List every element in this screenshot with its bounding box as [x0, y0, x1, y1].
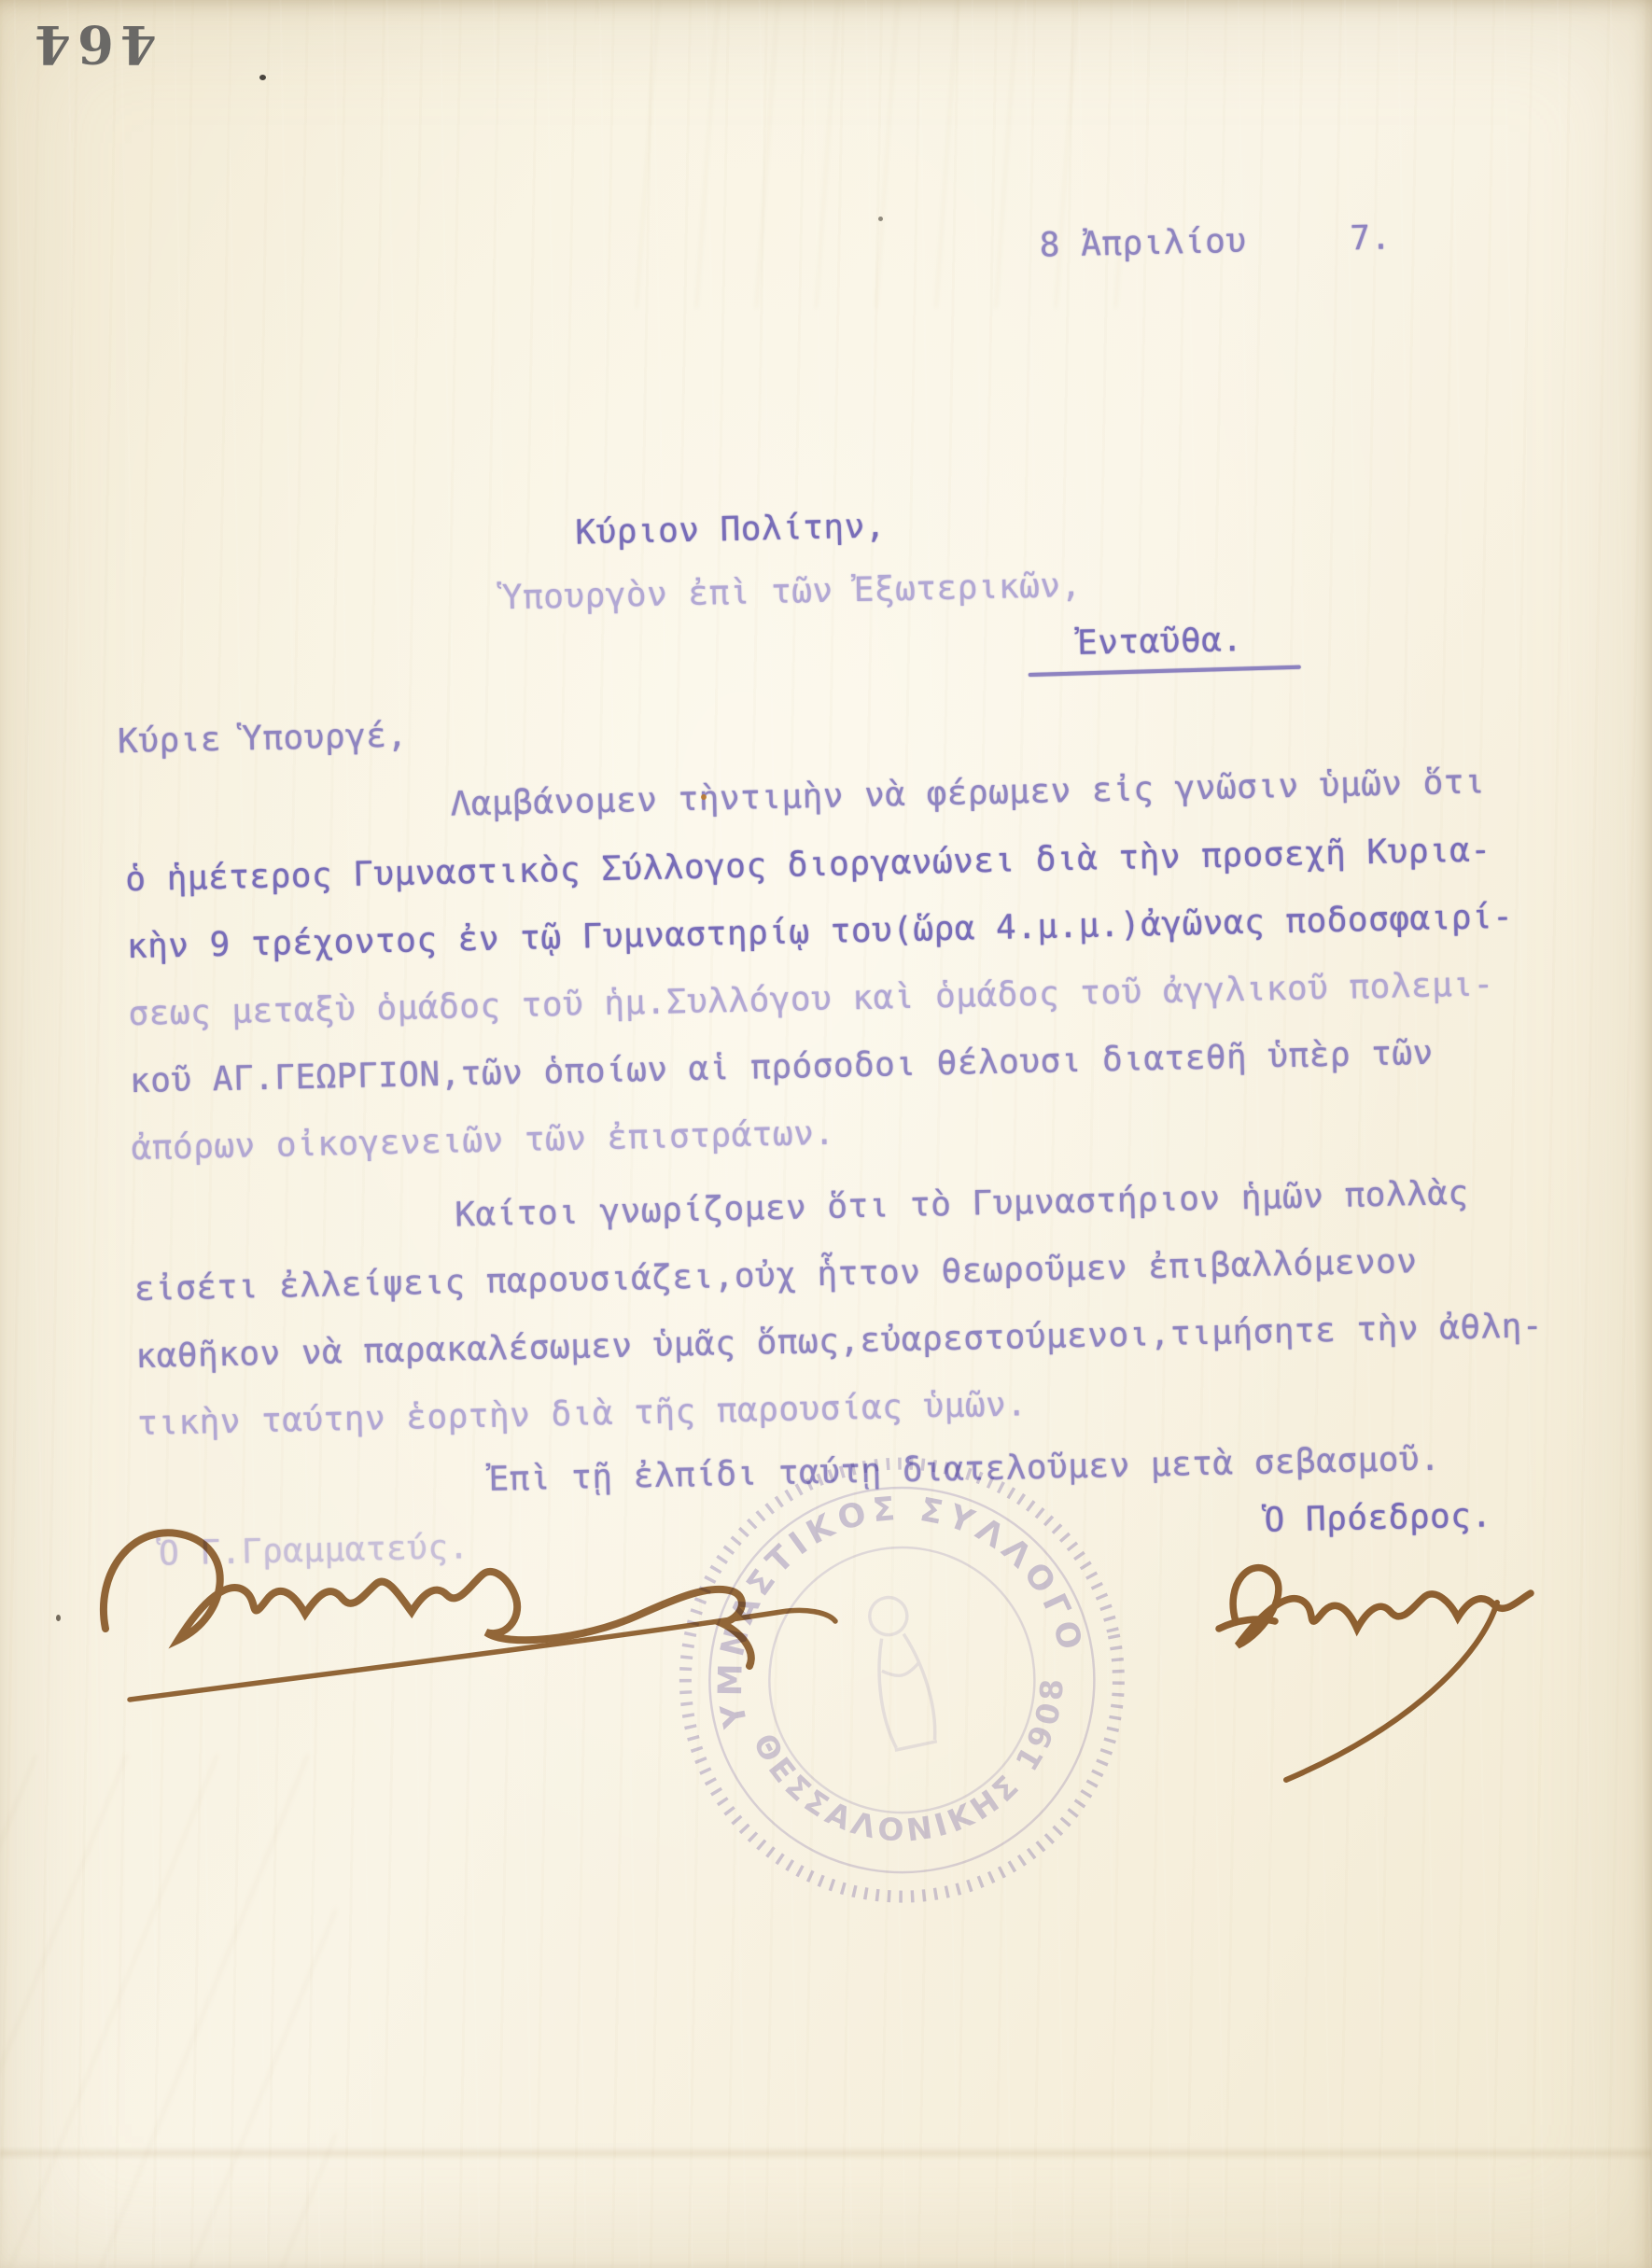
location-underline [1029, 665, 1301, 677]
ink-speck [56, 1615, 61, 1621]
body-line: Λαμβάνομεν τὴντιμὴν νὰ φέρωμεν εἰς γνῶσι… [450, 764, 1485, 822]
body-line: ἀπόρων οἰκογενειῶν τῶν ἐπιστράτων. [131, 1116, 835, 1167]
recipient-name-line: Κύριον Πολίτην, [575, 509, 886, 551]
letter-sheet: 464 8 Ἀπριλίου 7. Κύριον Πολίτην, Ὑπουργ… [0, 0, 1652, 2268]
ink-speck [259, 75, 266, 80]
body-line: κὴν 9 τρέχοντος ἐν τῷ Γυμναστηρίῳ του(ὥρ… [127, 900, 1514, 965]
body-line: κοῦ ΑΓ.ΓΕΩΡΓΙΟΝ,τῶν ὁποίων αἱ πρόσοδοι θ… [130, 1036, 1434, 1099]
recipient-location-line: Ἐνταῦθα. [1077, 623, 1243, 662]
body-line: εἰσέτι ἐλλείψεις παρουσιάζει,οὐχ ἧττον θ… [134, 1244, 1418, 1308]
salutation: Κύριε Ὑπουργέ, [118, 719, 408, 761]
president-signature [1204, 1535, 1568, 1797]
secretary-signature [89, 1507, 854, 1722]
stamp-center-emblem [861, 1593, 940, 1751]
body-line: ὁ ἡμέτερος Γυμναστικὸς Σύλλογος διοργανώ… [125, 833, 1491, 898]
body-line: καθῆκον νὰ παρακαλέσωμεν ὑμᾶς ὅπως,εὐαρε… [135, 1309, 1543, 1375]
body-line: σεως μεταξὺ ὁμάδος τοῦ ἡμ.Συλλόγου καὶ ὁ… [128, 967, 1494, 1032]
recipient-title-line: Ὑπουργὸν ἐπὶ τῶν Ἐξωτερικῶν, [502, 568, 1083, 616]
date-line: 8 Ἀπριλίου 7. [1039, 220, 1392, 263]
ink-speck [701, 794, 707, 800]
president-title: Ὁ Πρόεδρος. [1264, 1498, 1492, 1538]
ink-speck [878, 217, 883, 221]
body-line: τικὴν ταύτην ἑορτὴν διὰ τῆς παρουσίας ὑμ… [137, 1387, 1028, 1442]
body-line: Καίτοι γνωρίζομεν ὅτι τὸ Γυμναστήριον ἡμ… [455, 1176, 1469, 1233]
